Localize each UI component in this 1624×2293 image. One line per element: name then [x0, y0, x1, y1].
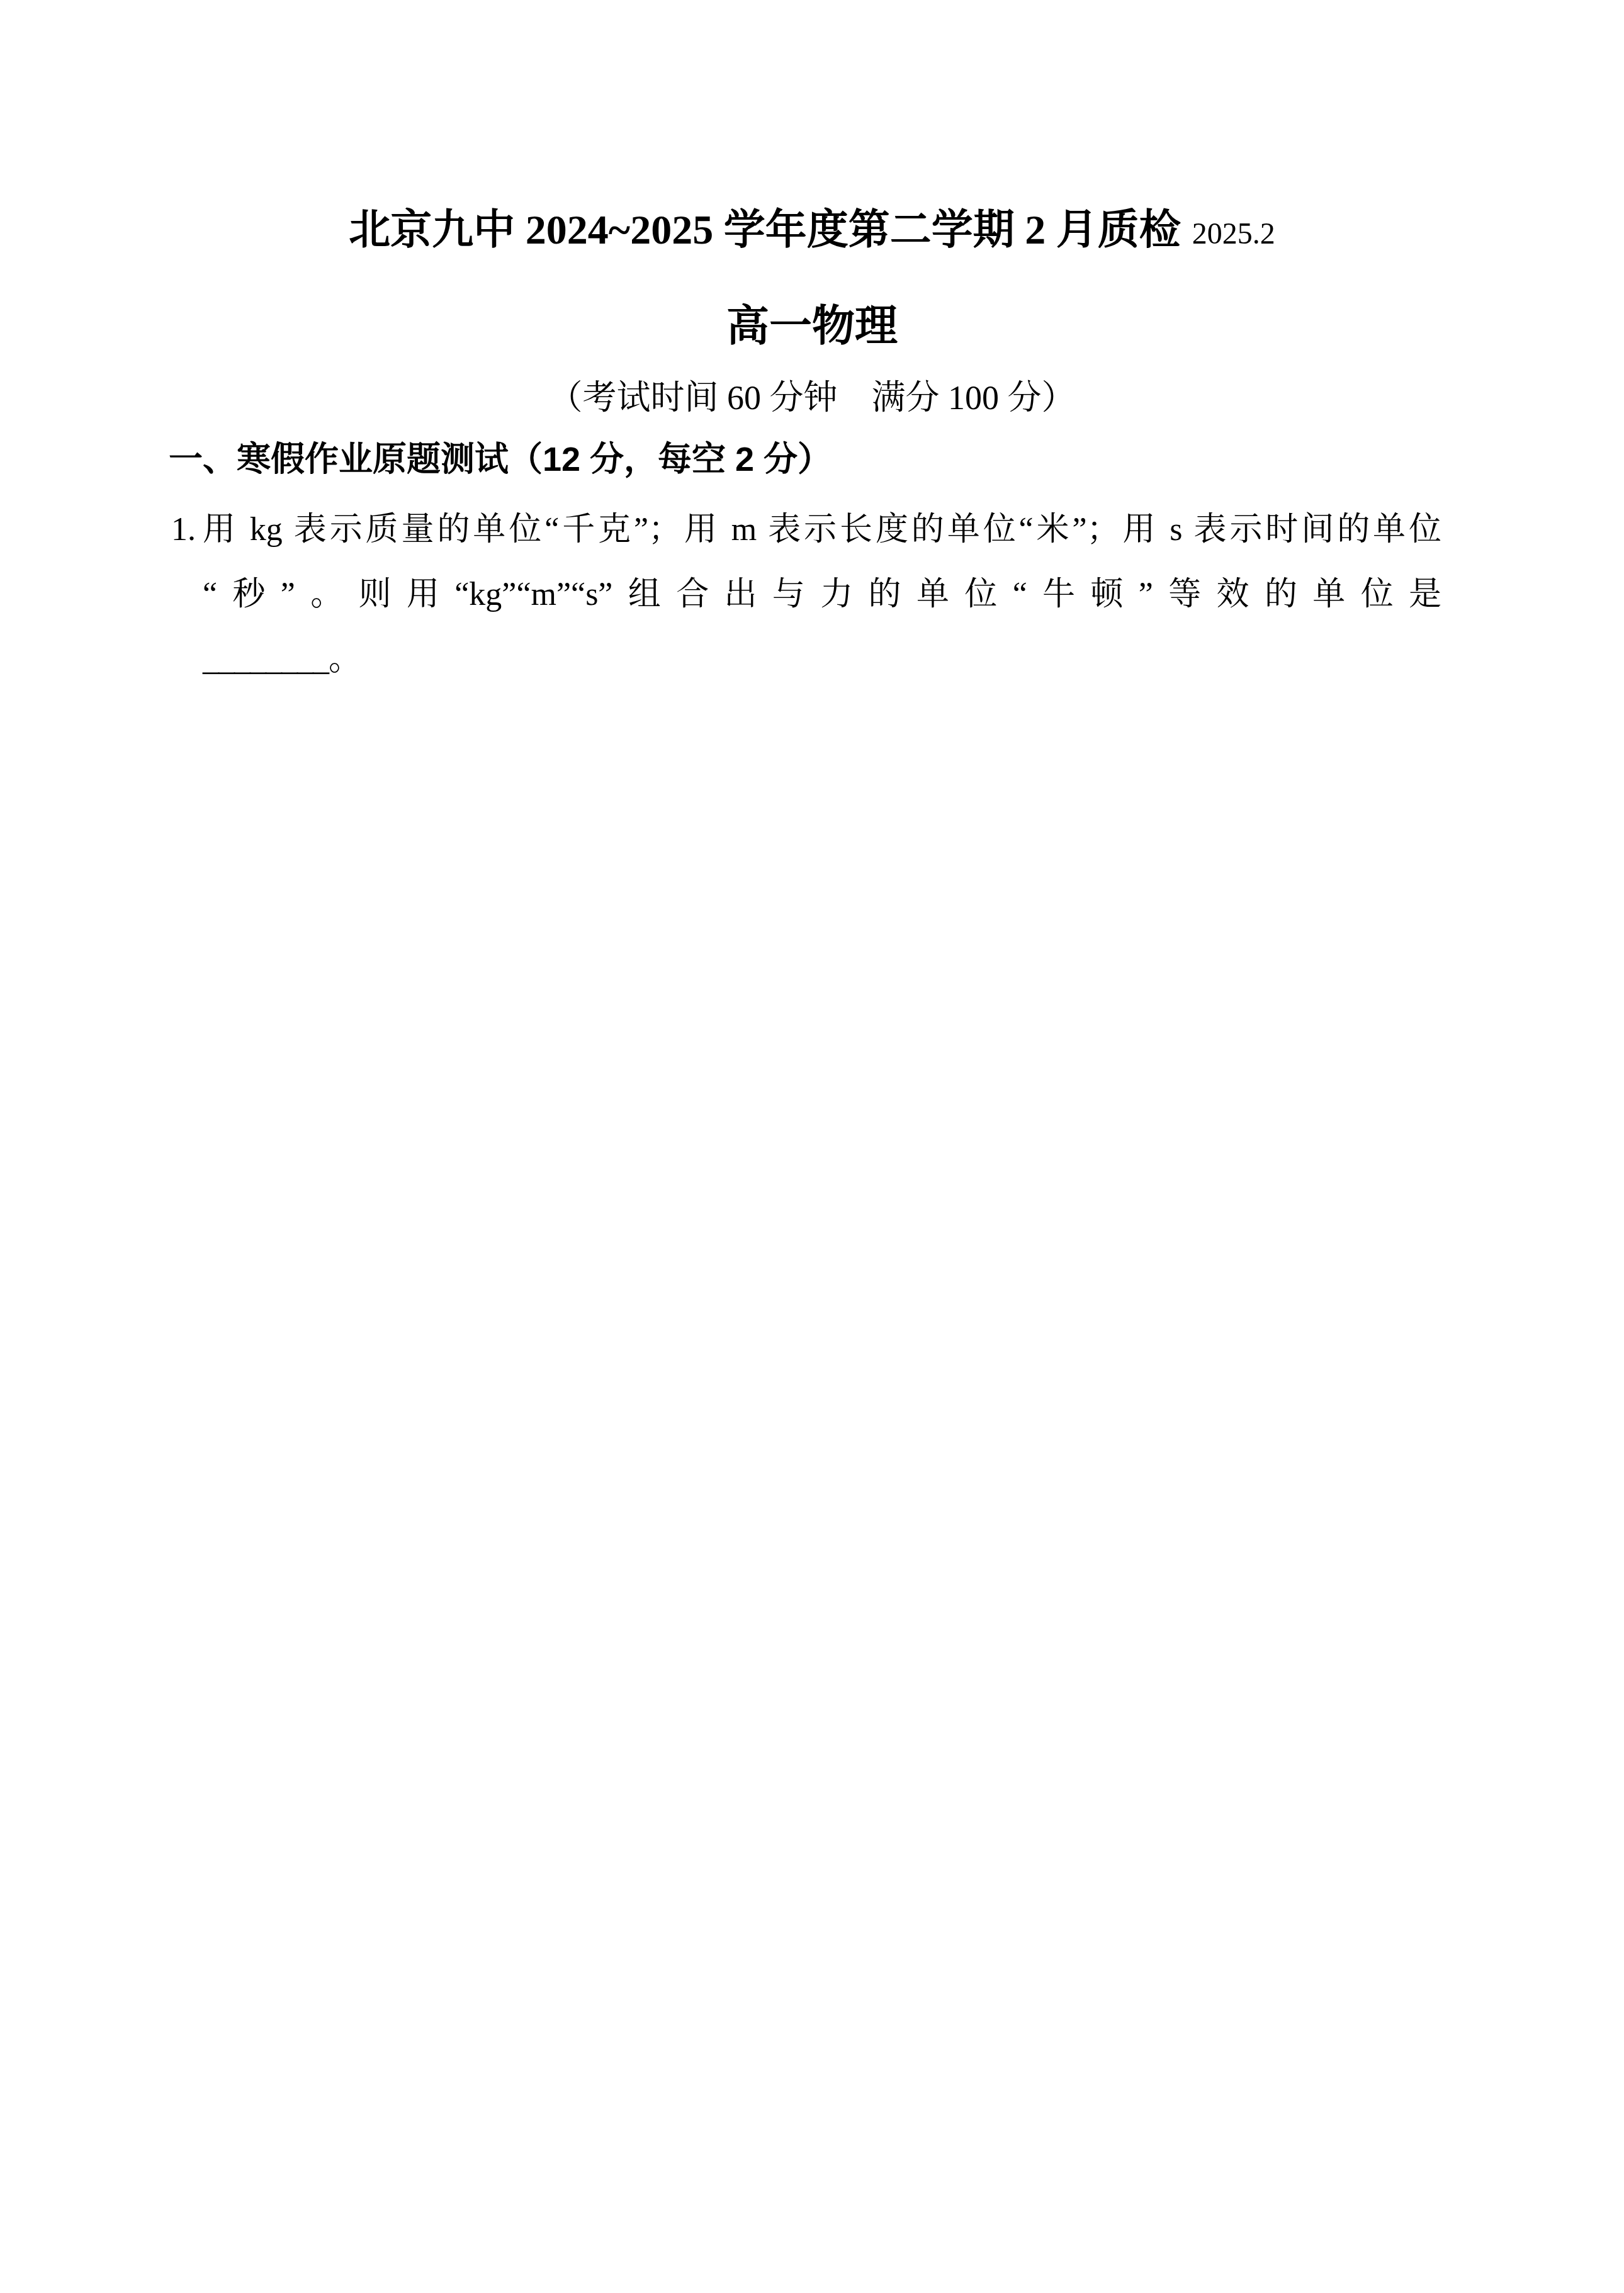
question-1-body: 用 kg 表示质量的单位“千克”；用 m 表示长度的单位“米”；用 s 表示时间…: [203, 497, 1441, 692]
exam-title-line: 北京九中 2024~2025 学年度第二学期 2 月质检2025.2: [0, 200, 1624, 271]
answer-blank: ________: [203, 641, 329, 677]
question-1-line-1: 用 kg 表示质量的单位“千克”；用 m 表示长度的单位“米”；用 s 表示时间…: [203, 497, 1441, 562]
section-1-heading: 一、寒假作业原题测试（12 分，每空 2 分）: [169, 438, 832, 481]
question-1-number: 1.: [171, 497, 196, 562]
closing-punctuation: 。: [329, 641, 361, 677]
subject-title: 高一物理: [0, 296, 1624, 356]
exam-title: 北京九中 2024~2025 学年度第二学期 2 月质检: [349, 207, 1180, 253]
exam-date: 2025.2: [1192, 217, 1275, 251]
question-1-line-2: “秒”。则用“kg”“m”“s”组合出与力的单位“牛顿”等效的单位是: [203, 562, 1441, 627]
question-1-line-3: ________。: [203, 627, 1441, 692]
exam-paper-page: 北京九中 2024~2025 学年度第二学期 2 月质检2025.2 高一物理 …: [0, 0, 1624, 2293]
exam-info: （考试时间 60 分钟 满分 100 分）: [0, 374, 1624, 422]
